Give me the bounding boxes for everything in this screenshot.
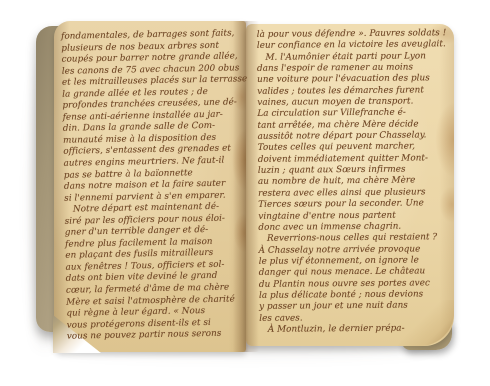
notebook-photo: fondamentales, de barrages sont faits,pl…	[0, 0, 490, 386]
handwriting-line: Tierces sœurs pour la seconder. Une	[258, 198, 450, 211]
handwriting-line: Reverrions-nous celles qui restaient ?	[258, 232, 450, 245]
left-page-handwriting: fondamentales, de barrages sont faits,pl…	[61, 28, 245, 343]
right-page-handwriting: là pour vous défendre ». Pauvres soldats…	[257, 28, 452, 336]
handwriting-line: À Montluzin, le dernier prépa-	[259, 323, 451, 336]
handwriting-line: valides ; toutes les démarches furent	[257, 85, 449, 98]
handwriting-line: M. l'Aumônier était parti pour Lyon	[257, 51, 449, 64]
